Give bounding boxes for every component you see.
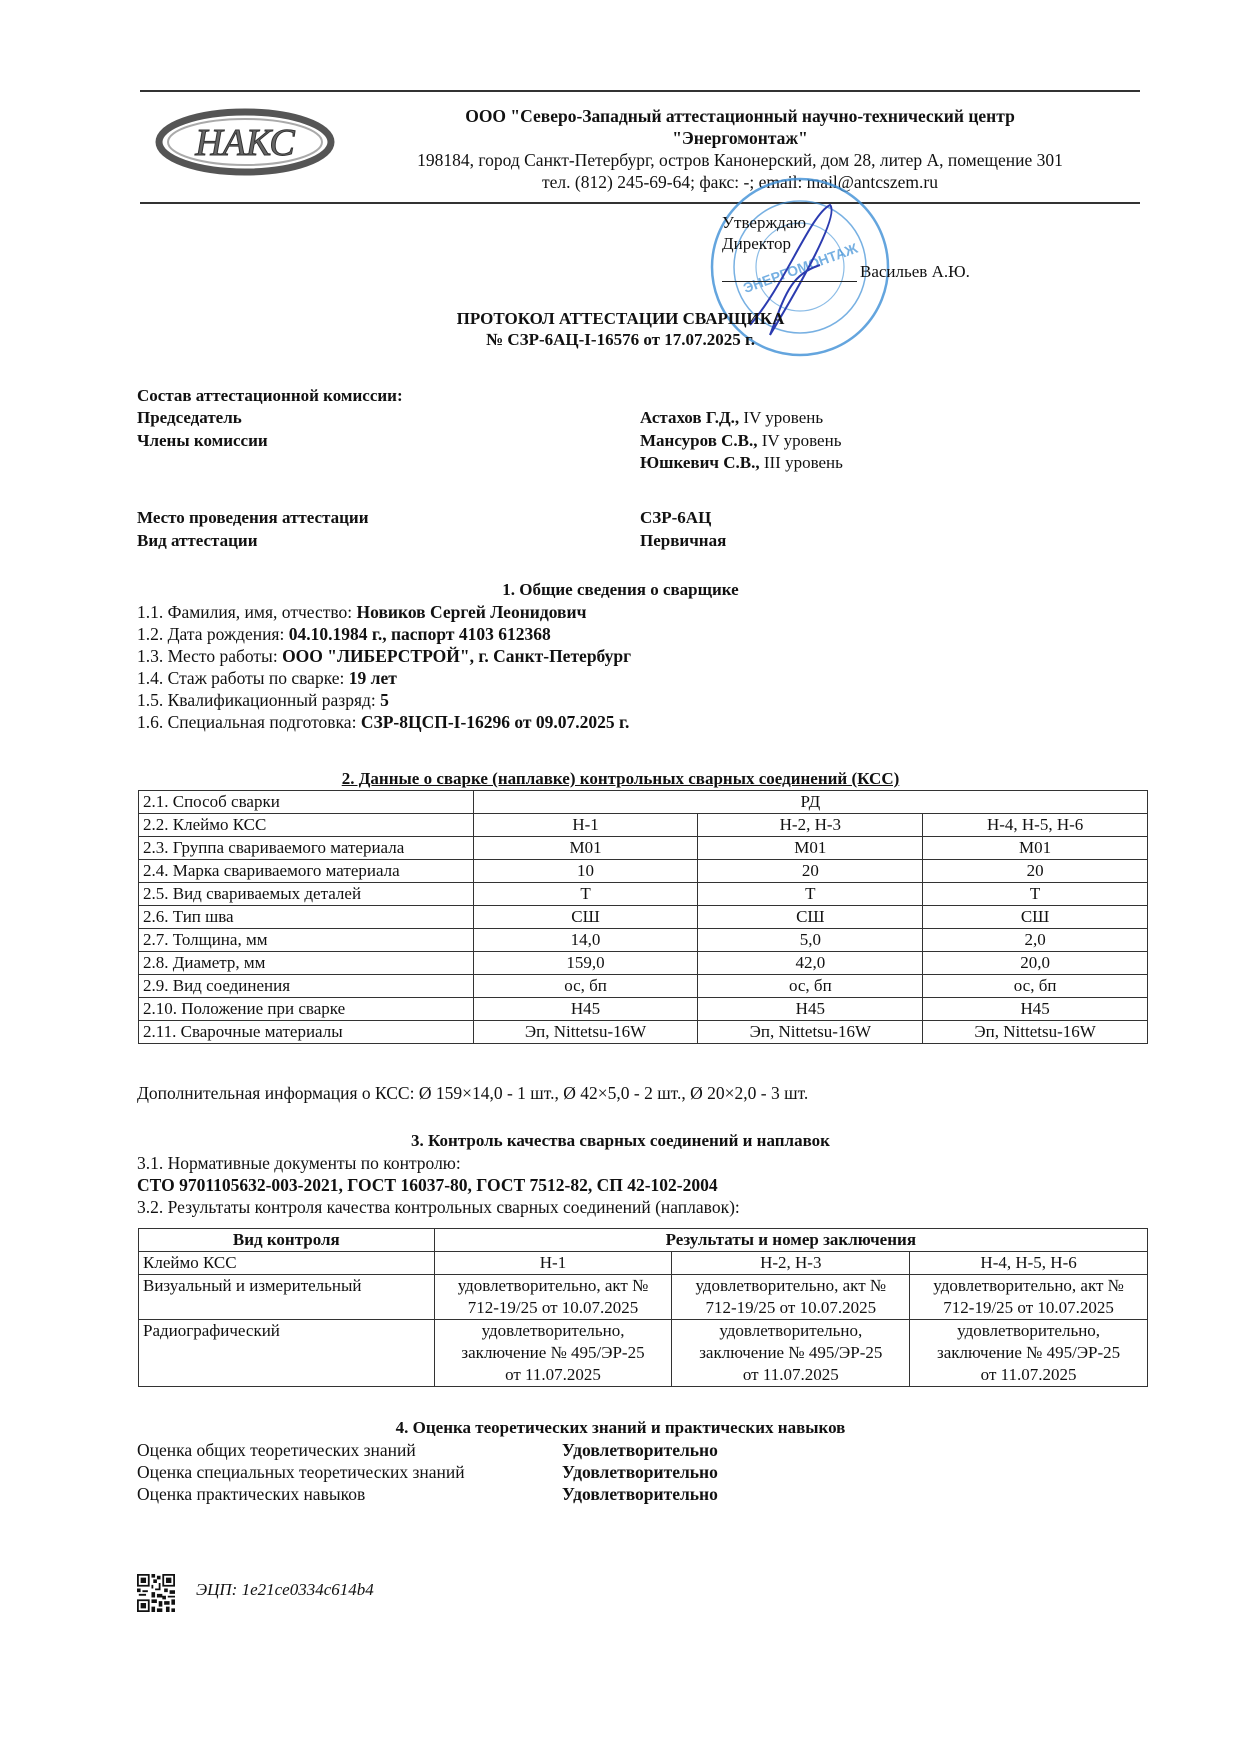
method-value: РД: [473, 791, 1147, 814]
method-label: 2.1. Способ сварки: [139, 791, 474, 814]
naks-logo: НАКС: [155, 108, 335, 176]
result-cell: удовлетворительно, акт №712-19/25 от 10.…: [910, 1275, 1148, 1320]
member-name: Юшкевич С.В.,: [640, 453, 760, 472]
cell-value: СШ: [923, 906, 1148, 929]
section1-heading: 1. Общие сведения о сварщике: [0, 580, 1241, 600]
chair-name: Астахов Г.Д.,: [640, 408, 739, 427]
row-label: 2.5. Вид свариваемых деталей: [139, 883, 474, 906]
cell-value: 5,0: [698, 929, 923, 952]
control-type: Радиографический: [139, 1320, 435, 1387]
row-label: 2.8. Диаметр, мм: [139, 952, 474, 975]
cell-value: Н-1: [473, 814, 698, 837]
member-entry: Мансуров С.В., IV уровень: [640, 430, 841, 452]
control-type: Визуальный и измерительный: [139, 1275, 435, 1320]
cell-value: М01: [698, 837, 923, 860]
assessment-label: Оценка общих теоретических знаний: [137, 1439, 416, 1461]
info-value: 5: [380, 690, 389, 710]
table-row: 2.1. Способ сварки РД: [139, 791, 1148, 814]
table-row: Клеймо КССН-1Н-2, Н-3Н-4, Н-5, Н-6: [139, 1252, 1148, 1275]
table-header-row: Вид контроля Результаты и номер заключен…: [139, 1229, 1148, 1252]
docs-value: СТО 9701105632-003-2021, ГОСТ 16037-80, …: [137, 1174, 718, 1196]
stamp-value: Н-2, Н-3: [672, 1252, 910, 1275]
member-name: Мансуров С.В.,: [640, 431, 758, 450]
assessment-value: Удовлетворительно: [562, 1483, 718, 1505]
qr-code-icon: [137, 1574, 175, 1612]
organization-block: ООО "Северо-Западный аттестационный науч…: [330, 105, 1150, 193]
cell-value: 20: [923, 860, 1148, 883]
info-value: 19 лет: [349, 668, 397, 688]
cell-value: 10: [473, 860, 698, 883]
result-line: от 11.07.2025: [676, 1364, 905, 1386]
cell-value: Н45: [923, 998, 1148, 1021]
row-label: 2.11. Сварочные материалы: [139, 1021, 474, 1044]
result-cell: удовлетворительно,заключение № 495/ЭР-25…: [910, 1320, 1148, 1387]
welder-info-item: 1.4. Стаж работы по сварке: 19 лет: [137, 667, 397, 689]
digital-signature-code: ЭЦП: 1e21ce0334c614b4: [196, 1580, 374, 1600]
org-name-line1: ООО "Северо-Западный аттестационный науч…: [330, 105, 1150, 127]
row-label: 2.2. Клеймо КСС: [139, 814, 474, 837]
table-row: 2.11. Сварочные материалыЭп, Nittetsu-16…: [139, 1021, 1148, 1044]
protocol-title-line1: ПРОТОКОЛ АТТЕСТАЦИИ СВАРЩИКА: [0, 308, 1241, 329]
table-row: 2.9. Вид соединенияос, бпос, бпос, бп: [139, 975, 1148, 998]
section2-heading: 2. Данные о сварке (наплавке) контрольны…: [0, 769, 1241, 789]
place-value: СЗР-6АЦ: [640, 507, 711, 529]
result-cell: удовлетворительно,заключение № 495/ЭР-25…: [672, 1320, 910, 1387]
cell-value: ос, бп: [923, 975, 1148, 998]
result-line: удовлетворительно,: [439, 1320, 668, 1342]
table-row: 2.5. Вид свариваемых деталейТТТ: [139, 883, 1148, 906]
welder-info-item: 1.5. Квалификационный разряд: 5: [137, 689, 389, 711]
table-row: 2.3. Группа свариваемого материалаМ01М01…: [139, 837, 1148, 860]
cell-value: 20,0: [923, 952, 1148, 975]
result-cell: удовлетворительно,заключение № 495/ЭР-25…: [434, 1320, 672, 1387]
additional-info: Дополнительная информация о КСС: Ø 159×1…: [137, 1082, 808, 1104]
cell-value: Т: [698, 883, 923, 906]
member-level: III уровень: [760, 453, 843, 472]
col-header-control-type: Вид контроля: [139, 1229, 435, 1252]
cell-value: Н45: [473, 998, 698, 1021]
result-line: удовлетворительно, акт №: [676, 1275, 905, 1297]
result-line: от 11.07.2025: [914, 1364, 1143, 1386]
table-row: 2.8. Диаметр, мм159,042,020,0: [139, 952, 1148, 975]
org-contacts: тел. (812) 245-69-64; факс: -; email: ma…: [330, 171, 1150, 193]
result-line: заключение № 495/ЭР-25: [676, 1342, 905, 1364]
row-label: 2.6. Тип шва: [139, 906, 474, 929]
result-line: удовлетворительно, акт №: [914, 1275, 1143, 1297]
table-row: Радиографическийудовлетворительно,заключ…: [139, 1320, 1148, 1387]
cell-value: 2,0: [923, 929, 1148, 952]
header-top-rule: [140, 90, 1140, 92]
members-label: Члены комиссии: [137, 430, 268, 452]
result-line: удовлетворительно,: [676, 1320, 905, 1342]
assessment-label: Оценка специальных теоретических знаний: [137, 1461, 465, 1483]
info-value: СЗР-8ЦСП-I-16296 от 09.07.2025 г.: [361, 712, 630, 732]
table-row: 2.4. Марка свариваемого материала102020: [139, 860, 1148, 883]
welder-info-item: 1.1. Фамилия, имя, отчество: Новиков Сер…: [137, 601, 586, 623]
welding-data-table: 2.1. Способ сварки РД 2.2. Клеймо КССН-1…: [138, 790, 1148, 1044]
commission-heading: Состав аттестационной комиссии:: [137, 385, 403, 407]
result-line: удовлетворительно, акт №: [439, 1275, 668, 1297]
info-value: 04.10.1984 г., паспорт 4103 612368: [289, 624, 551, 644]
stamp-value: Н-4, Н-5, Н-6: [910, 1252, 1148, 1275]
result-line: удовлетворительно,: [914, 1320, 1143, 1342]
cell-value: Н-2, Н-3: [698, 814, 923, 837]
approval-block: Утверждаю Директор: [722, 212, 806, 254]
cell-value: ос, бп: [698, 975, 923, 998]
info-label: 1.6. Специальная подготовка:: [137, 712, 361, 732]
cell-value: Н-4, Н-5, Н-6: [923, 814, 1148, 837]
table-row: 2.6. Тип шваСШСШСШ: [139, 906, 1148, 929]
cell-value: Н45: [698, 998, 923, 1021]
results-label: 3.2. Результаты контроля качества контро…: [137, 1196, 740, 1218]
info-value: ООО "ЛИБЕРСТРОЙ", г. Санкт-Петербург: [282, 646, 631, 666]
table-row: 2.10. Положение при сваркеН45Н45Н45: [139, 998, 1148, 1021]
docs-label: 3.1. Нормативные документы по контролю:: [137, 1152, 461, 1174]
cell-value: 159,0: [473, 952, 698, 975]
info-label: 1.2. Дата рождения:: [137, 624, 289, 644]
protocol-title: ПРОТОКОЛ АТТЕСТАЦИИ СВАРЩИКА № СЗР-6АЦ-I…: [0, 308, 1241, 350]
stamp-value: Н-1: [434, 1252, 672, 1275]
cell-value: Эп, Nittetsu-16W: [698, 1021, 923, 1044]
director-name: Васильев А.Ю.: [860, 262, 970, 282]
cell-value: СШ: [473, 906, 698, 929]
welder-info-item: 1.6. Специальная подготовка: СЗР-8ЦСП-I-…: [137, 711, 629, 733]
member-level: IV уровень: [758, 431, 842, 450]
info-label: 1.5. Квалификационный разряд:: [137, 690, 380, 710]
welder-info-item: 1.3. Место работы: ООО "ЛИБЕРСТРОЙ", г. …: [137, 645, 631, 667]
row-label: 2.4. Марка свариваемого материала: [139, 860, 474, 883]
director-label: Директор: [722, 233, 806, 254]
cell-value: СШ: [698, 906, 923, 929]
svg-text:НАКС: НАКС: [194, 122, 295, 164]
result-line: 712-19/25 от 10.07.2025: [676, 1297, 905, 1319]
type-label: Вид аттестации: [137, 530, 258, 552]
info-label: 1.4. Стаж работы по сварке:: [137, 668, 349, 688]
info-label: 1.1. Фамилия, имя, отчество:: [137, 602, 357, 622]
welder-info-item: 1.2. Дата рождения: 04.10.1984 г., паспо…: [137, 623, 551, 645]
row-label: 2.9. Вид соединения: [139, 975, 474, 998]
stamp-label: Клеймо КСС: [139, 1252, 435, 1275]
org-address: 198184, город Санкт-Петербург, остров Ка…: [330, 149, 1150, 171]
row-label: 2.10. Положение при сварке: [139, 998, 474, 1021]
chair-label: Председатель: [137, 407, 242, 429]
table-row: 2.7. Толщина, мм14,05,02,0: [139, 929, 1148, 952]
assessment-value: Удовлетворительно: [562, 1461, 718, 1483]
section4-heading: 4. Оценка теоретических знаний и практич…: [0, 1418, 1241, 1438]
cell-value: Т: [473, 883, 698, 906]
result-line: от 11.07.2025: [439, 1364, 668, 1386]
table-row: 2.2. Клеймо КССН-1Н-2, Н-3Н-4, Н-5, Н-6: [139, 814, 1148, 837]
place-label: Место проведения аттестации: [137, 507, 369, 529]
cell-value: ос, бп: [473, 975, 698, 998]
header-bottom-rule: [140, 202, 1140, 204]
assessment-label: Оценка практических навыков: [137, 1483, 365, 1505]
result-line: 712-19/25 от 10.07.2025: [914, 1297, 1143, 1319]
cell-value: Т: [923, 883, 1148, 906]
cell-value: 20: [698, 860, 923, 883]
cell-value: М01: [473, 837, 698, 860]
row-label: 2.3. Группа свариваемого материала: [139, 837, 474, 860]
result-line: 712-19/25 от 10.07.2025: [439, 1297, 668, 1319]
signature-line: [722, 281, 857, 282]
col-header-results: Результаты и номер заключения: [434, 1229, 1147, 1252]
type-value: Первичная: [640, 530, 726, 552]
info-value: Новиков Сергей Леонидович: [357, 602, 587, 622]
member-entry: Юшкевич С.В., III уровень: [640, 452, 843, 474]
section3-heading: 3. Контроль качества сварных соединений …: [0, 1131, 1241, 1151]
table-row: Визуальный и измерительныйудовлетворител…: [139, 1275, 1148, 1320]
info-label: 1.3. Место работы:: [137, 646, 282, 666]
result-line: заключение № 495/ЭР-25: [914, 1342, 1143, 1364]
cell-value: 14,0: [473, 929, 698, 952]
chair-entry: Астахов Г.Д., IV уровень: [640, 407, 823, 429]
row-label: 2.7. Толщина, мм: [139, 929, 474, 952]
result-line: заключение № 495/ЭР-25: [439, 1342, 668, 1364]
section2-heading-text: 2. Данные о сварке (наплавке) контрольны…: [342, 769, 900, 788]
cell-value: М01: [923, 837, 1148, 860]
cell-value: 42,0: [698, 952, 923, 975]
cell-value: Эп, Nittetsu-16W: [473, 1021, 698, 1044]
cell-value: Эп, Nittetsu-16W: [923, 1021, 1148, 1044]
result-cell: удовлетворительно, акт №712-19/25 от 10.…: [434, 1275, 672, 1320]
result-cell: удовлетворительно, акт №712-19/25 от 10.…: [672, 1275, 910, 1320]
approval-label: Утверждаю: [722, 212, 806, 233]
protocol-number: № СЗР-6АЦ-I-16576 от 17.07.2025 г.: [0, 329, 1241, 350]
assessment-value: Удовлетворительно: [562, 1439, 718, 1461]
chair-level: IV уровень: [739, 408, 823, 427]
org-name-line2: "Энергомонтаж": [330, 127, 1150, 149]
quality-control-table: Вид контроля Результаты и номер заключен…: [138, 1228, 1148, 1387]
